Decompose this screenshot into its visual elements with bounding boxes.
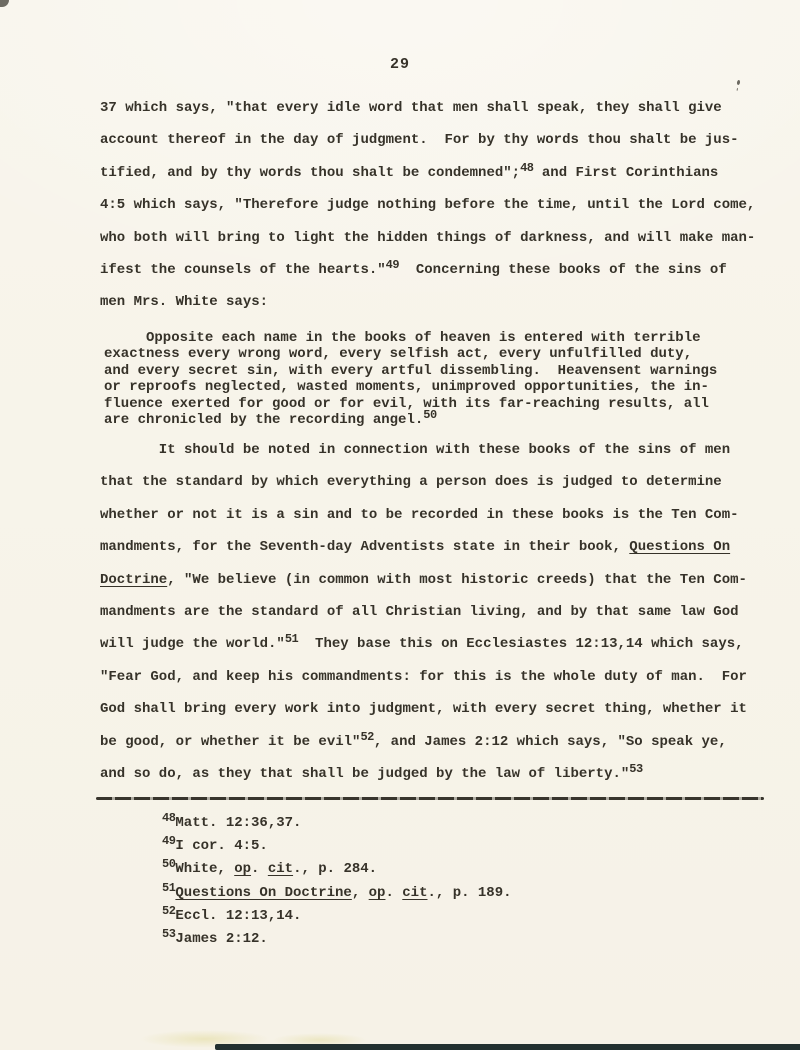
- text-line: "Fear God, and keep his commandments: fo…: [100, 661, 747, 693]
- text-run: cit: [402, 885, 427, 901]
- text-line: mandments, for the Seventh-day Adventist…: [100, 531, 747, 563]
- text-run: that the standard by which everything a …: [100, 474, 722, 490]
- text-line: 51Questions On Doctrine, op. cit., p. 18…: [162, 882, 512, 905]
- text-run: Doctrine: [100, 572, 167, 588]
- page-number: 29: [0, 56, 800, 73]
- text-run: ifest the counsels of the hearts.": [100, 262, 386, 278]
- text-line: fluence exerted for good or for evil, wi…: [104, 396, 717, 412]
- text-line: are chronicled by the recording angel.50: [104, 412, 717, 428]
- text-run: and First Corinthians: [533, 165, 718, 181]
- footnote-reference: 50: [162, 857, 175, 871]
- footnote-reference: 52: [162, 904, 175, 918]
- text-run: mandments are the standard of all Christ…: [100, 604, 739, 620]
- text-line: tified, and by thy words thou shalt be c…: [100, 157, 755, 189]
- text-run: White,: [175, 861, 234, 877]
- footnote-separator-rule: [96, 797, 764, 800]
- block-quote: Opposite each name in the books of heave…: [104, 330, 717, 428]
- text-line: mandments are the standard of all Christ…: [100, 596, 747, 628]
- text-run: ,: [352, 885, 369, 901]
- text-run: Matt. 12:36,37.: [175, 815, 301, 831]
- text-run: I cor. 4:5.: [175, 838, 267, 854]
- text-run: Questions On Doctrine: [175, 885, 351, 901]
- text-line: be good, or whether it be evil"52, and J…: [100, 726, 747, 758]
- text-line: who both will bring to light the hidden …: [100, 222, 755, 254]
- text-line: exactness every wrong word, every selfis…: [104, 346, 717, 362]
- text-line: 37 which says, "that every idle word tha…: [100, 92, 755, 124]
- text-line: will judge the world."51 They base this …: [100, 628, 747, 660]
- footnote-reference: 49: [162, 834, 175, 848]
- text-run: It should be noted in connection with th…: [100, 442, 730, 458]
- text-run: who both will bring to light the hidden …: [100, 230, 755, 246]
- text-run: Questions On: [629, 539, 730, 555]
- text-run: whether or not it is a sin and to be rec…: [100, 507, 739, 523]
- text-line: or reproofs neglected, wasted moments, u…: [104, 379, 717, 395]
- footnote-reference: 53: [162, 927, 175, 941]
- text-line: Opposite each name in the books of heave…: [104, 330, 717, 346]
- text-run: .: [251, 861, 268, 877]
- text-run: Opposite each name in the books of heave…: [104, 330, 701, 346]
- text-run: fluence exerted for good or for evil, wi…: [104, 396, 709, 412]
- footnote-reference: 48: [162, 811, 175, 825]
- text-line: that the standard by which everything a …: [100, 466, 747, 498]
- footnote-reference: 51: [285, 632, 298, 646]
- stray-ink-mark: [737, 80, 741, 85]
- text-line: 4:5 which says, "Therefore judge nothing…: [100, 189, 755, 221]
- text-run: are chronicled by the recording angel.: [104, 412, 423, 428]
- text-run: 37 which says, "that every idle word tha…: [100, 100, 722, 116]
- text-line: 52Eccl. 12:13,14.: [162, 905, 512, 928]
- text-line: 53James 2:12.: [162, 928, 512, 951]
- footnote-reference: 53: [629, 762, 642, 776]
- text-run: God shall bring every work into judgment…: [100, 701, 747, 717]
- paragraph-2: It should be noted in connection with th…: [100, 434, 747, 790]
- footnote-reference: 52: [360, 730, 373, 744]
- text-line: 49I cor. 4:5.: [162, 835, 512, 858]
- text-line: and every secret sin, with every artful …: [104, 363, 717, 379]
- scanned-document-page: 29 37 which says, "that every idle word …: [0, 0, 800, 1050]
- text-run: cit: [268, 861, 293, 877]
- text-run: tified, and by thy words thou shalt be c…: [100, 165, 520, 181]
- text-run: .: [385, 885, 402, 901]
- text-run: op: [234, 861, 251, 877]
- scan-corner-speck: [0, 0, 9, 7]
- text-run: ., p. 284.: [293, 861, 377, 877]
- footnote-reference: 48: [520, 161, 533, 175]
- text-run: be good, or whether it be evil": [100, 734, 360, 750]
- text-run: and so do, as they that shall be judged …: [100, 766, 629, 782]
- text-run: account thereof in the day of judgment. …: [100, 132, 739, 148]
- text-run: 4:5 which says, "Therefore judge nothing…: [100, 197, 755, 213]
- text-run: , and James 2:12 which says, "So speak y…: [374, 734, 727, 750]
- text-run: or reproofs neglected, wasted moments, u…: [104, 379, 709, 395]
- text-line: Doctrine, "We believe (in common with mo…: [100, 564, 747, 596]
- text-run: will judge the world.": [100, 636, 285, 652]
- footnotes-list: 48Matt. 12:36,37.49I cor. 4:5.50White, o…: [162, 812, 512, 951]
- footnote-reference: 50: [423, 408, 436, 422]
- text-line: It should be noted in connection with th…: [100, 434, 747, 466]
- text-run: exactness every wrong word, every selfis…: [104, 346, 692, 362]
- text-run: "Fear God, and keep his commandments: fo…: [100, 669, 747, 685]
- text-line: 50White, op. cit., p. 284.: [162, 858, 512, 881]
- footnote-reference: 49: [386, 258, 399, 272]
- text-run: ., p. 189.: [428, 885, 512, 901]
- text-line: 48Matt. 12:36,37.: [162, 812, 512, 835]
- text-run: James 2:12.: [175, 931, 267, 947]
- scan-edge-artifact: [215, 1044, 800, 1050]
- text-line: men Mrs. White says:: [100, 286, 755, 318]
- text-run: They base this on Ecclesiastes 12:13,14 …: [298, 636, 743, 652]
- text-run: Eccl. 12:13,14.: [175, 908, 301, 924]
- text-run: , "We believe (in common with most histo…: [167, 572, 747, 588]
- footnote-reference: 51: [162, 881, 175, 895]
- text-run: and every secret sin, with every artful …: [104, 363, 717, 379]
- text-run: op: [369, 885, 386, 901]
- text-line: and so do, as they that shall be judged …: [100, 758, 747, 790]
- paragraph-1: 37 which says, "that every idle word tha…: [100, 92, 755, 319]
- text-run: mandments, for the Seventh-day Adventist…: [100, 539, 629, 555]
- text-run: Concerning these books of the sins of: [399, 262, 727, 278]
- text-line: whether or not it is a sin and to be rec…: [100, 499, 747, 531]
- text-line: account thereof in the day of judgment. …: [100, 124, 755, 156]
- text-line: ifest the counsels of the hearts."49 Con…: [100, 254, 755, 286]
- text-line: God shall bring every work into judgment…: [100, 693, 747, 725]
- text-run: men Mrs. White says:: [100, 294, 268, 310]
